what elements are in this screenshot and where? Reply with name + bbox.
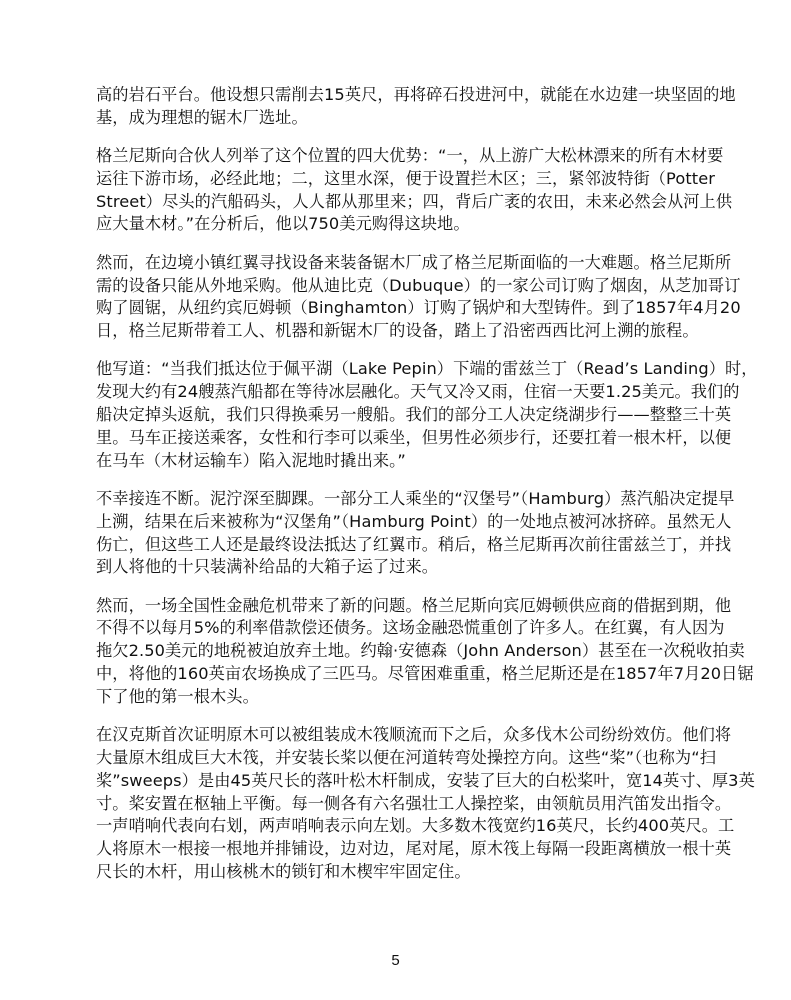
text-line: 运往下游市场，必经此地；二，这里水深，便于设置拦木区；三，紧邻波特街（Potte… — [96, 168, 712, 191]
paragraph-3: 然而，在边境小镇红翼寻找设备来装备锯木厂成了格兰尼斯面临的一大难题。格兰尼斯所 … — [96, 252, 712, 343]
text-line: 里。马车正接送乘客，女性和行李可以乘坐，但男性必须步行，还要扛着一根木杆，以便 — [96, 427, 712, 450]
text-line: 到人将他的十只装满补给品的大箱子运了过来。 — [96, 556, 712, 579]
text-line: 应大量木材。”在分析后，他以750美元购得这块地。 — [96, 213, 712, 236]
text-line: 伤亡，但这些工人还是最终设法抵达了红翼市。稍后，格兰尼斯再次前往雷兹兰丁，并找 — [96, 534, 712, 557]
text-line: 下了他的第一根木头。 — [96, 686, 712, 709]
text-line: 人将原木一根接一根地并排铺设，边对边，尾对尾，原木筏上每隔一段距离横放一根十英 — [96, 838, 712, 861]
paragraph-2: 格兰尼斯向合伙人列举了这个位置的四大优势：“一，从上游广大松林漂来的所有木材要 … — [96, 145, 712, 236]
page-body: 高的岩石平台。他设想只需削去15英尺，再将碎石投进河中，就能在水边建一块坚固的地… — [96, 84, 712, 899]
text-line: 基，成为理想的锯木厂选址。 — [96, 107, 712, 130]
text-line: 在马车（木材运输车）陷入泥地时撬出来。” — [96, 450, 712, 473]
text-line: 格兰尼斯向合伙人列举了这个位置的四大优势：“一，从上游广大松林漂来的所有木材要 — [96, 145, 712, 168]
text-line: 一声哨响代表向右划，两声哨响表示向左划。大多数木筏宽约16英尺，长约400英尺。… — [96, 815, 712, 838]
text-line: 高的岩石平台。他设想只需削去15英尺，再将碎石投进河中，就能在水边建一块坚固的地 — [96, 84, 712, 107]
text-line: 然而，在边境小镇红翼寻找设备来装备锯木厂成了格兰尼斯面临的一大难题。格兰尼斯所 — [96, 252, 712, 275]
text-line: 船决定掉头返航，我们只得换乘另一艘船。我们的部分工人决定绕湖步行——整整三十英 — [96, 404, 712, 427]
paragraph-7: 在汉克斯首次证明原木可以被组装成木筏顺流而下之后，众多伐木公司纷纷效仿。他们将 … — [96, 724, 712, 884]
paragraph-5: 不幸接连不断。泥泞深至脚踝。一部分工人乘坐的“汉堡号”（Hamburg）蒸汽船决… — [96, 488, 712, 579]
text-line: 拖欠2.50美元的地税被迫放弃土地。约翰·安德森（John Anderson）甚… — [96, 640, 712, 663]
text-line: 不幸接连不断。泥泞深至脚踝。一部分工人乘坐的“汉堡号”（Hamburg）蒸汽船决… — [96, 488, 712, 511]
paragraph-6: 然而，一场全国性金融危机带来了新的问题。格兰尼斯向宾厄姆顿供应商的借据到期，他 … — [96, 595, 712, 709]
text-line: 大量原木组成巨大木筏，并安装长桨以便在河道转弯处操控方向。这些“桨”（也称为“扫 — [96, 747, 712, 770]
text-line: 在汉克斯首次证明原木可以被组装成木筏顺流而下之后，众多伐木公司纷纷效仿。他们将 — [96, 724, 712, 747]
text-line: 不得不以每月5%的利率借款偿还债务。这场金融恐慌重创了许多人。在红翼，有人因为 — [96, 617, 712, 640]
text-line: 中，将他的160英亩农场换成了三匹马。尽管困难重重，格兰尼斯还是在1857年7月… — [96, 663, 712, 686]
text-line: 发现大约有24艘蒸汽船都在等待冰层融化。天气又冷又雨，住宿一天要1.25美元。我… — [96, 381, 712, 404]
document-page: 高的岩石平台。他设想只需削去15英尺，再将碎石投进河中，就能在水边建一块坚固的地… — [0, 0, 791, 1000]
text-line: 上溯，结果在后来被称为“汉堡角”（Hamburg Point）的一处地点被河冰挤… — [96, 511, 712, 534]
text-line: 需的设备只能从外地采购。他从迪比克（Dubuque）的一家公司订购了烟囱，从芝加… — [96, 275, 712, 298]
text-line: 购了圆锯，从纽约宾厄姆顿（Binghamton）订购了锅炉和大型铸件。到了185… — [96, 297, 712, 320]
text-line: 尺长的木杆，用山核桃木的锁钉和木楔牢牢固定住。 — [96, 861, 712, 884]
text-line: 桨”sweeps）是由45英尺长的落叶松木杆制成，安装了巨大的白松桨叶，宽14英… — [96, 770, 712, 793]
text-line: 日，格兰尼斯带着工人、机器和新锯木厂的设备，踏上了沿密西西比河上溯的旅程。 — [96, 320, 712, 343]
paragraph-4: 他写道：“当我们抵达位于佩平湖（Lake Pepin）下端的雷兹兰丁（Read’… — [96, 358, 712, 472]
text-line: 寸。桨安置在枢轴上平衡。每一侧各有六名强壮工人操控桨，由领航员用汽笛发出指令。 — [96, 793, 712, 816]
text-line: 然而，一场全国性金融危机带来了新的问题。格兰尼斯向宾厄姆顿供应商的借据到期，他 — [96, 595, 712, 618]
text-line: Street）尽头的汽船码头，人人都从那里来；四，背后广袤的农田，未来必然会从河… — [96, 191, 712, 214]
text-line: 他写道：“当我们抵达位于佩平湖（Lake Pepin）下端的雷兹兰丁（Read’… — [96, 358, 712, 381]
paragraph-1: 高的岩石平台。他设想只需削去15英尺，再将碎石投进河中，就能在水边建一块坚固的地… — [96, 84, 712, 130]
page-number: 5 — [0, 952, 791, 969]
